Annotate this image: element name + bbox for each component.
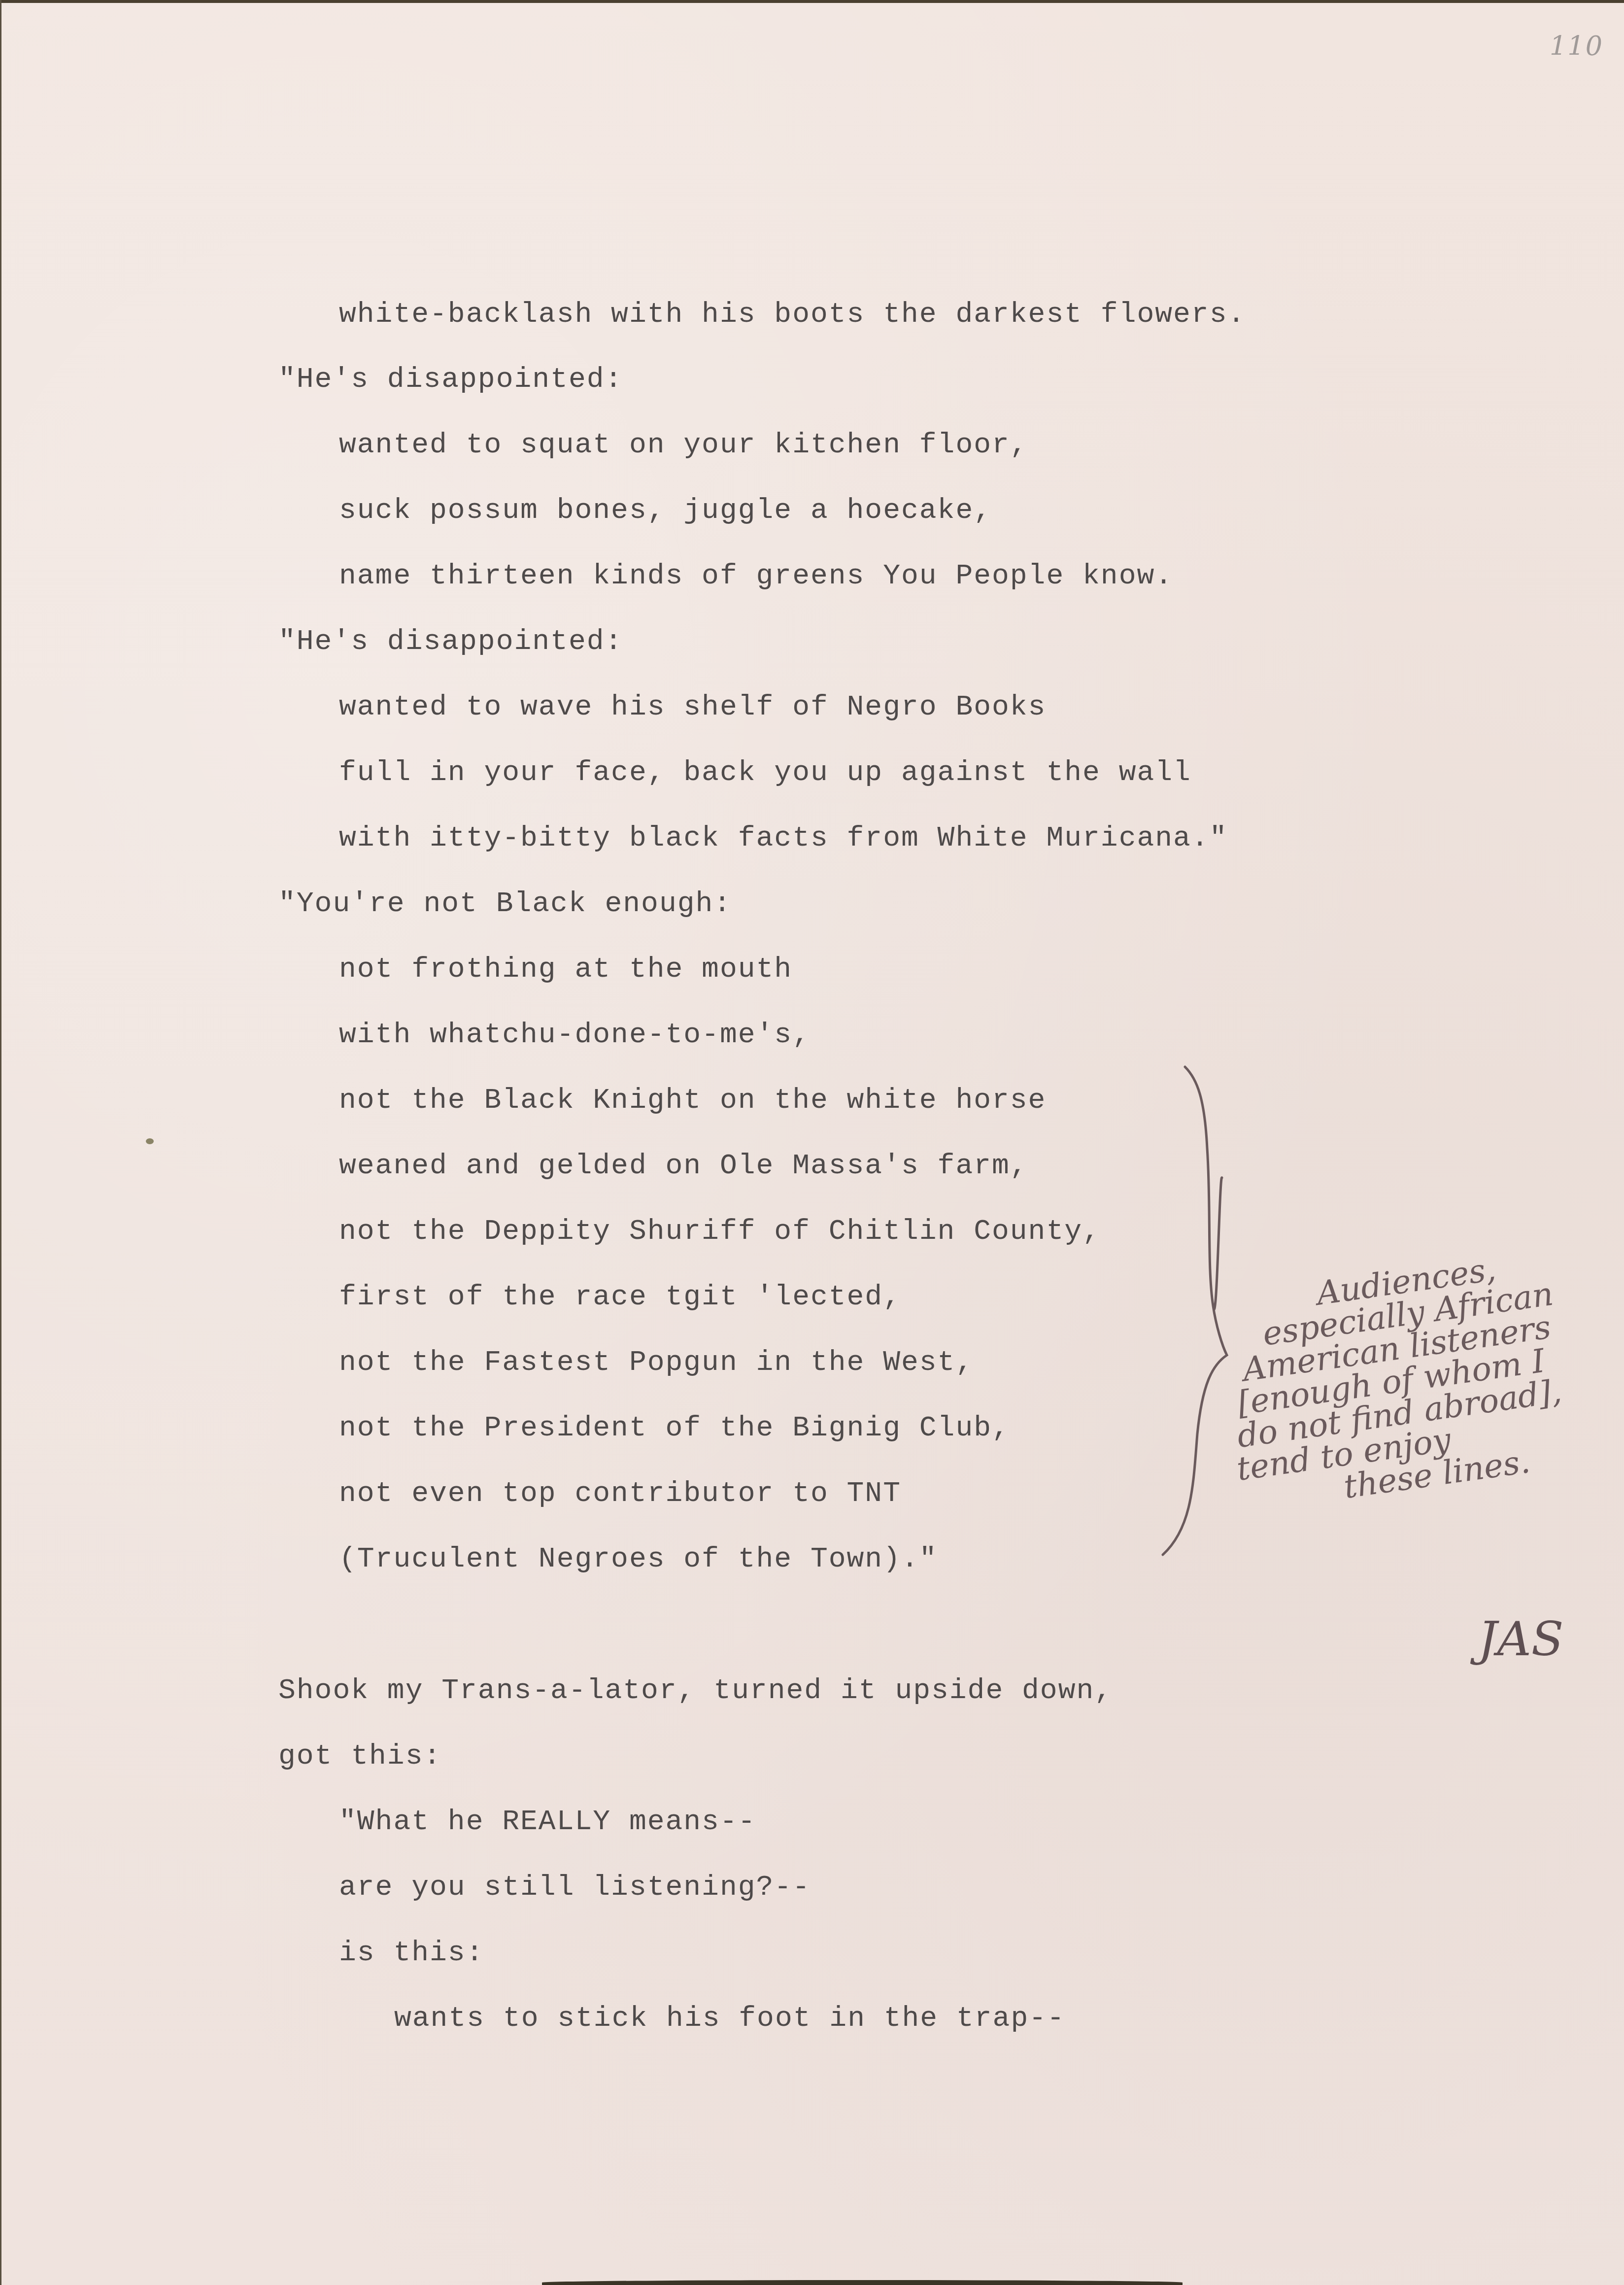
manuscript-page: 110 white-backlash with his boots the da… bbox=[0, 0, 1624, 2285]
text-line: weaned and gelded on Ole Massa's farm, bbox=[339, 1152, 1028, 1181]
text-line: with itty-bitty black facts from White M… bbox=[339, 824, 1227, 853]
text-line: "You're not Black enough: bbox=[278, 890, 732, 919]
text-line: not the President of the Bignig Club, bbox=[339, 1414, 1010, 1443]
text-line: name thirteen kinds of greens You People… bbox=[339, 562, 1173, 591]
text-line: full in your face, back you up against t… bbox=[339, 759, 1191, 787]
text-line: not even top contributor to TNT bbox=[339, 1480, 901, 1508]
page-number: 110 bbox=[1550, 31, 1603, 62]
text-line: "What he REALLY means-- bbox=[339, 1808, 756, 1837]
text-line: got this: bbox=[278, 1742, 441, 1771]
text-line: not the Fastest Popgun in the West, bbox=[339, 1349, 974, 1377]
text-line: not the Deppity Shuriff of Chitlin Count… bbox=[339, 1218, 1101, 1246]
scan-top-edge bbox=[0, 0, 1624, 3]
text-line: are you still listening?-- bbox=[339, 1874, 811, 1902]
text-line: "He's disappointed: bbox=[278, 366, 623, 394]
text-line: Shook my Trans-a-lator, turned it upside… bbox=[278, 1677, 1113, 1705]
author-initials: JAS bbox=[1478, 1611, 1564, 1667]
scan-left-edge bbox=[0, 0, 1, 2285]
text-line: wants to stick his foot in the trap-- bbox=[394, 2005, 1065, 2033]
text-line: white-backlash with his boots the darkes… bbox=[339, 301, 1246, 329]
text-line: first of the race tgit 'lected, bbox=[339, 1283, 901, 1312]
text-line: wanted to wave his shelf of Negro Books bbox=[339, 693, 1046, 722]
text-line: not frothing at the mouth bbox=[339, 955, 792, 984]
paper-speck bbox=[146, 1138, 154, 1144]
text-line: wanted to squat on your kitchen floor, bbox=[339, 431, 1028, 460]
text-line: (Truculent Negroes of the Town)." bbox=[339, 1545, 938, 1574]
text-line: not the Black Knight on the white horse bbox=[339, 1087, 1046, 1115]
text-line: is this: bbox=[339, 1939, 484, 1968]
text-line: with whatchu-done-to-me's, bbox=[339, 1021, 811, 1050]
text-line: "He's disappointed: bbox=[278, 628, 623, 656]
text-line: suck possum bones, juggle a hoecake, bbox=[339, 497, 992, 525]
scan-bottom-edge bbox=[542, 2280, 1183, 2285]
